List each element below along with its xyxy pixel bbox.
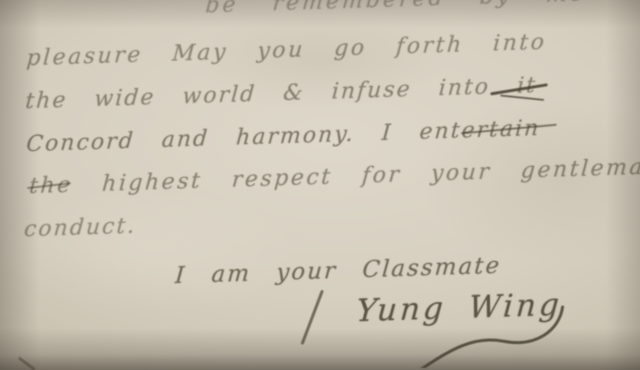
partial-stroke-icon xyxy=(18,356,36,370)
descender-stroke-icon xyxy=(301,290,324,345)
letter-line: the wide world & infuse into it xyxy=(24,73,537,114)
letter-photograph: be remembered by me with pleasure May yo… xyxy=(0,0,640,370)
letter-line: conduct. xyxy=(23,214,137,243)
letter-line: be remembered by me with xyxy=(204,0,640,18)
handwriting-layer: be remembered by me with pleasure May yo… xyxy=(0,0,640,370)
letter-line: Concord and harmony. I entertain xyxy=(25,116,541,157)
letter-line: pleasure May you go forth into xyxy=(26,30,548,71)
closing-line: I am your Classmate xyxy=(174,253,502,289)
letter-line: the highest respect for your gentlemanly xyxy=(28,153,640,199)
signature: Yung Wing xyxy=(355,287,563,330)
